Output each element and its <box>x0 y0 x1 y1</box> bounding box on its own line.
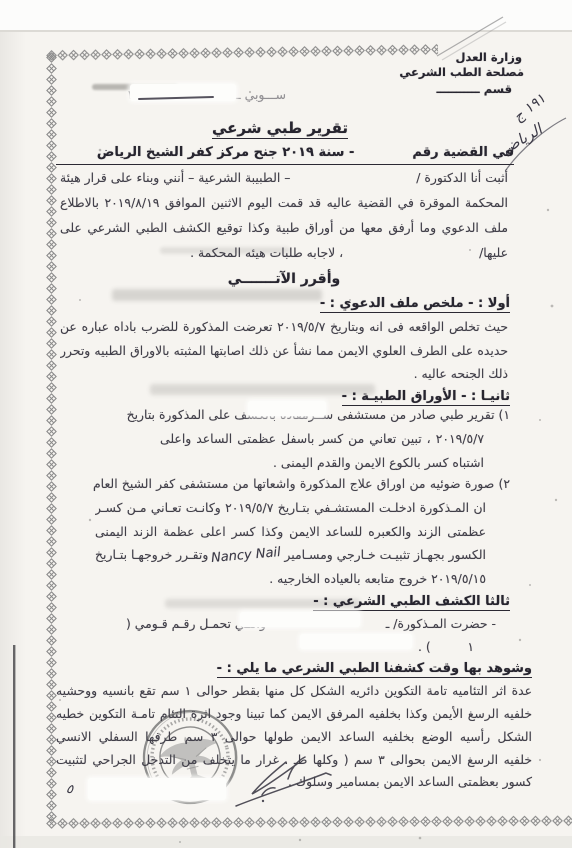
item-number: ١) <box>499 407 511 422</box>
intro-line: المحكمة الموقرة في القضية عاليه قد قمت ا… <box>60 193 508 213</box>
findings-line: خلفيه الرسغ الايمن بحوالى ٣ سم ( وكلها ط… <box>56 750 532 770</box>
white-out-redaction <box>248 401 326 416</box>
scanner-bottom-margin <box>0 836 572 848</box>
section-third-heading-text: ثالثا الكشف الطبي الشرعي : - <box>313 594 510 611</box>
intro-line: ملف الدعوي وما أرفق معها من أوراق طبية و… <box>60 218 508 238</box>
medical-paper-item: ٢) صورة ضوئيه من اوراق علاج المذكورة واش… <box>93 474 510 494</box>
scanner-edge-line <box>0 30 572 32</box>
white-out-redaction <box>240 612 360 627</box>
section-first-heading: أولا : - ملخص ملف الدعوي : - <box>320 294 510 313</box>
medical-paper-line: عظمتى الزند والكعبره للساعد الايمن وكذا … <box>95 522 486 542</box>
doctor-attestation: أثبت أنا الدكتورة / <box>416 168 508 187</box>
decree-heading: وأقرر الآتـــــــي <box>60 270 508 289</box>
item-text: تقرير طبي صادر من مستشفى ســر <box>309 407 495 422</box>
medical-paper-line: اشتباه كسر بالكوع الايمن والقدم اليمنى . <box>160 453 484 472</box>
national-id-line: ١ ) . <box>418 637 474 656</box>
case-number-line: في القضية رقم - سنة ٢٠١٩ جنح مركز كفر ال… <box>56 143 514 165</box>
scanner-top-margin <box>0 0 572 30</box>
intro-line: أثبت أنا الدكتورة / – الطبيبة الشرعية – … <box>60 168 508 187</box>
id-paren: ) . <box>418 637 431 656</box>
section-first-heading-text: أولا : - ملخص ملف الدعوي : - <box>320 296 510 313</box>
findings-line: الشكل رأسيه الوضع بخلفيه الساعد الايمن ط… <box>56 727 532 747</box>
summary-line: حديده على الطرف العلوي الايمن مما نشأ عن… <box>60 341 508 361</box>
case-line-detail: - سنة ٢٠١٩ جنح مركز كفر الشيخ الرياض <box>56 143 354 162</box>
item-number: ٢) <box>499 476 511 491</box>
examinee-label: - حضرت المـذكورة/ ـ <box>386 614 496 633</box>
item-text: وتقـرر خروجهـا بتـاريخ <box>95 545 208 564</box>
chain-border-top <box>46 44 438 61</box>
report-title: تقرير طبي شرعي <box>170 119 390 138</box>
medical-paper-line: ٢٠١٩/٥/٧ ، تبين تعاني من كسر باسفل عظمتى… <box>160 429 484 449</box>
findings-line: عدة اثر التئاميه تامة التكوين دائريه الش… <box>56 681 532 701</box>
findings-heading-text: وشوهد بها وقت كشفنا الطبي الشرعي ما يلي … <box>217 661 532 678</box>
medical-paper-item: ١) تقرير طبي صادر من مستشفى ســر مفاده ب… <box>150 405 510 424</box>
section-second-heading-text: ثانيـا : - الأوراق الطبيـة : - <box>342 389 510 406</box>
white-out-redaction <box>300 634 412 649</box>
summary-line: حيث تخلص الواقعه فى انه وبتاريخ ٢٠١٩/٥/٧… <box>60 317 508 337</box>
handwritten-case-note: ١٩١ ج <box>510 90 550 127</box>
chain-border-bottom <box>46 815 572 829</box>
findings-heading: وشوهد بها وقت كشفنا الطبي الشرعي ما يلي … <box>217 659 532 678</box>
letterhead-department: قسم ـــــــــــ <box>437 80 513 99</box>
scanned-forensic-report-page: وزارة العدل مصلحة الطب الشرعي قسم ــــــ… <box>0 0 572 848</box>
section-second-heading: ثانيـا : - الأوراق الطبيـة : - <box>342 387 510 406</box>
section-third-heading: ثالثا الكشف الطبي الشرعي : - <box>313 592 510 611</box>
doctor-capacity: – الطبيبة الشرعية – أنني وبناء على قرار … <box>60 168 290 187</box>
item-number-and-text: ١) تقرير طبي صادر من مستشفى ســر <box>309 405 510 424</box>
white-out-redaction <box>88 778 226 800</box>
report-title-text: تقرير طبي شرعي <box>212 119 348 139</box>
scanner-left-shadow <box>0 32 26 848</box>
medical-paper-line: ان المـذكورة ادخلـت المستشـفي بتـاريخ ٢٠… <box>95 498 486 518</box>
handwritten-nancy-nail: Nancy Nail <box>211 543 282 568</box>
intro-line: عليها/ ، لاجابه طلبات هيئه المحكمة . <box>60 243 508 262</box>
photocopy-smudge <box>112 289 322 301</box>
summary-line: ذلك الجنحه عاليه . <box>60 364 508 383</box>
item-text: الكسور بجهـاز تثبيـت خـارجي ومسـامير <box>284 545 486 564</box>
id-digit: ١ <box>467 637 474 656</box>
findings-line: خلفيه الرسغ الأيمن وكذا بخلفيه المرفق ال… <box>56 704 532 724</box>
case-line-label: في القضية رقم <box>412 143 514 162</box>
medical-paper-line: ٢٠١٩/٥/١٥ خروج متابعه بالعياده الخارجيه … <box>95 569 486 588</box>
victim-label: عليها/ <box>479 245 508 260</box>
medical-paper-line: الكسور بجهـاز تثبيـت خـارجي ومسـامير Nan… <box>95 545 486 565</box>
item-text: صورة ضوئيه من اوراق علاج المذكورة واشعات… <box>93 476 510 494</box>
intro-closing: ، لاجابه طلبات هيئه المحكمة . <box>190 245 343 260</box>
